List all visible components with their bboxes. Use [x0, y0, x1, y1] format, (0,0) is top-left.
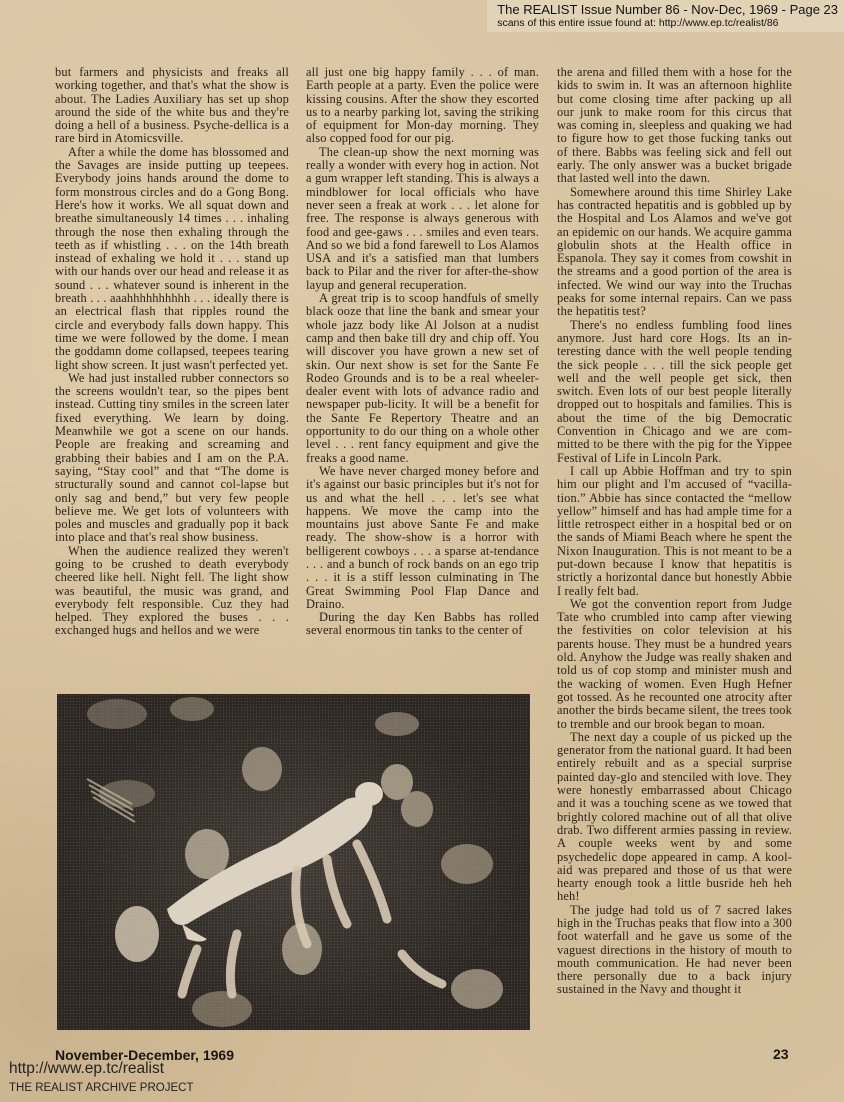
paragraph: After a while the dome has blossomed and… — [55, 146, 289, 372]
paragraph: When the audience realized they weren't … — [55, 545, 289, 638]
paragraph: We had just installed rubber connectors … — [55, 372, 289, 545]
paragraph: I call up Abbie Hoffman and try to spin … — [557, 465, 792, 598]
paragraph: but farmers and physicists and freaks al… — [55, 66, 289, 146]
archive-header-stamp: The REALIST Issue Number 86 - Nov-Dec, 1… — [487, 0, 844, 32]
paragraph: During the day Ken Babbs has rolled seve… — [306, 611, 539, 638]
article-column-1: but farmers and physicists and freaks al… — [55, 66, 289, 638]
archive-url-link[interactable]: http://www.ep.tc/realist — [9, 1060, 164, 1078]
paragraph: all just one big happy family . . . of m… — [306, 66, 539, 146]
paragraph: A great trip is to scoop handfuls of sme… — [306, 292, 539, 465]
paragraph: The next day a couple of us picked up th… — [557, 731, 792, 904]
paragraph: We got the convention report from Judge … — [557, 598, 792, 731]
issue-scans-link[interactable]: scans of this entire issue found at: htt… — [497, 17, 838, 29]
crowd-photo — [57, 694, 530, 1030]
paragraph: the arena and filled them with a hose fo… — [557, 66, 792, 186]
paragraph: We have never charged money before and i… — [306, 465, 539, 611]
paragraph: There's no endless fumbling food lines a… — [557, 319, 792, 465]
issue-title: The REALIST Issue Number 86 - Nov-Dec, 1… — [497, 2, 838, 17]
crowd-photo-illustration — [57, 694, 530, 1030]
paragraph: The clean-up show the next morning was r… — [306, 146, 539, 292]
page-number: 23 — [773, 1046, 789, 1062]
paragraph: Somewhere around this time Shirley Lake … — [557, 186, 792, 319]
paragraph: The judge had told us of 7 sacred lakes … — [557, 904, 792, 997]
article-column-3: the arena and filled them with a hose fo… — [557, 66, 792, 997]
article-column-2: all just one big happy family . . . of m… — [306, 66, 539, 638]
archive-project-name: THE REALIST ARCHIVE PROJECT — [9, 1082, 193, 1094]
